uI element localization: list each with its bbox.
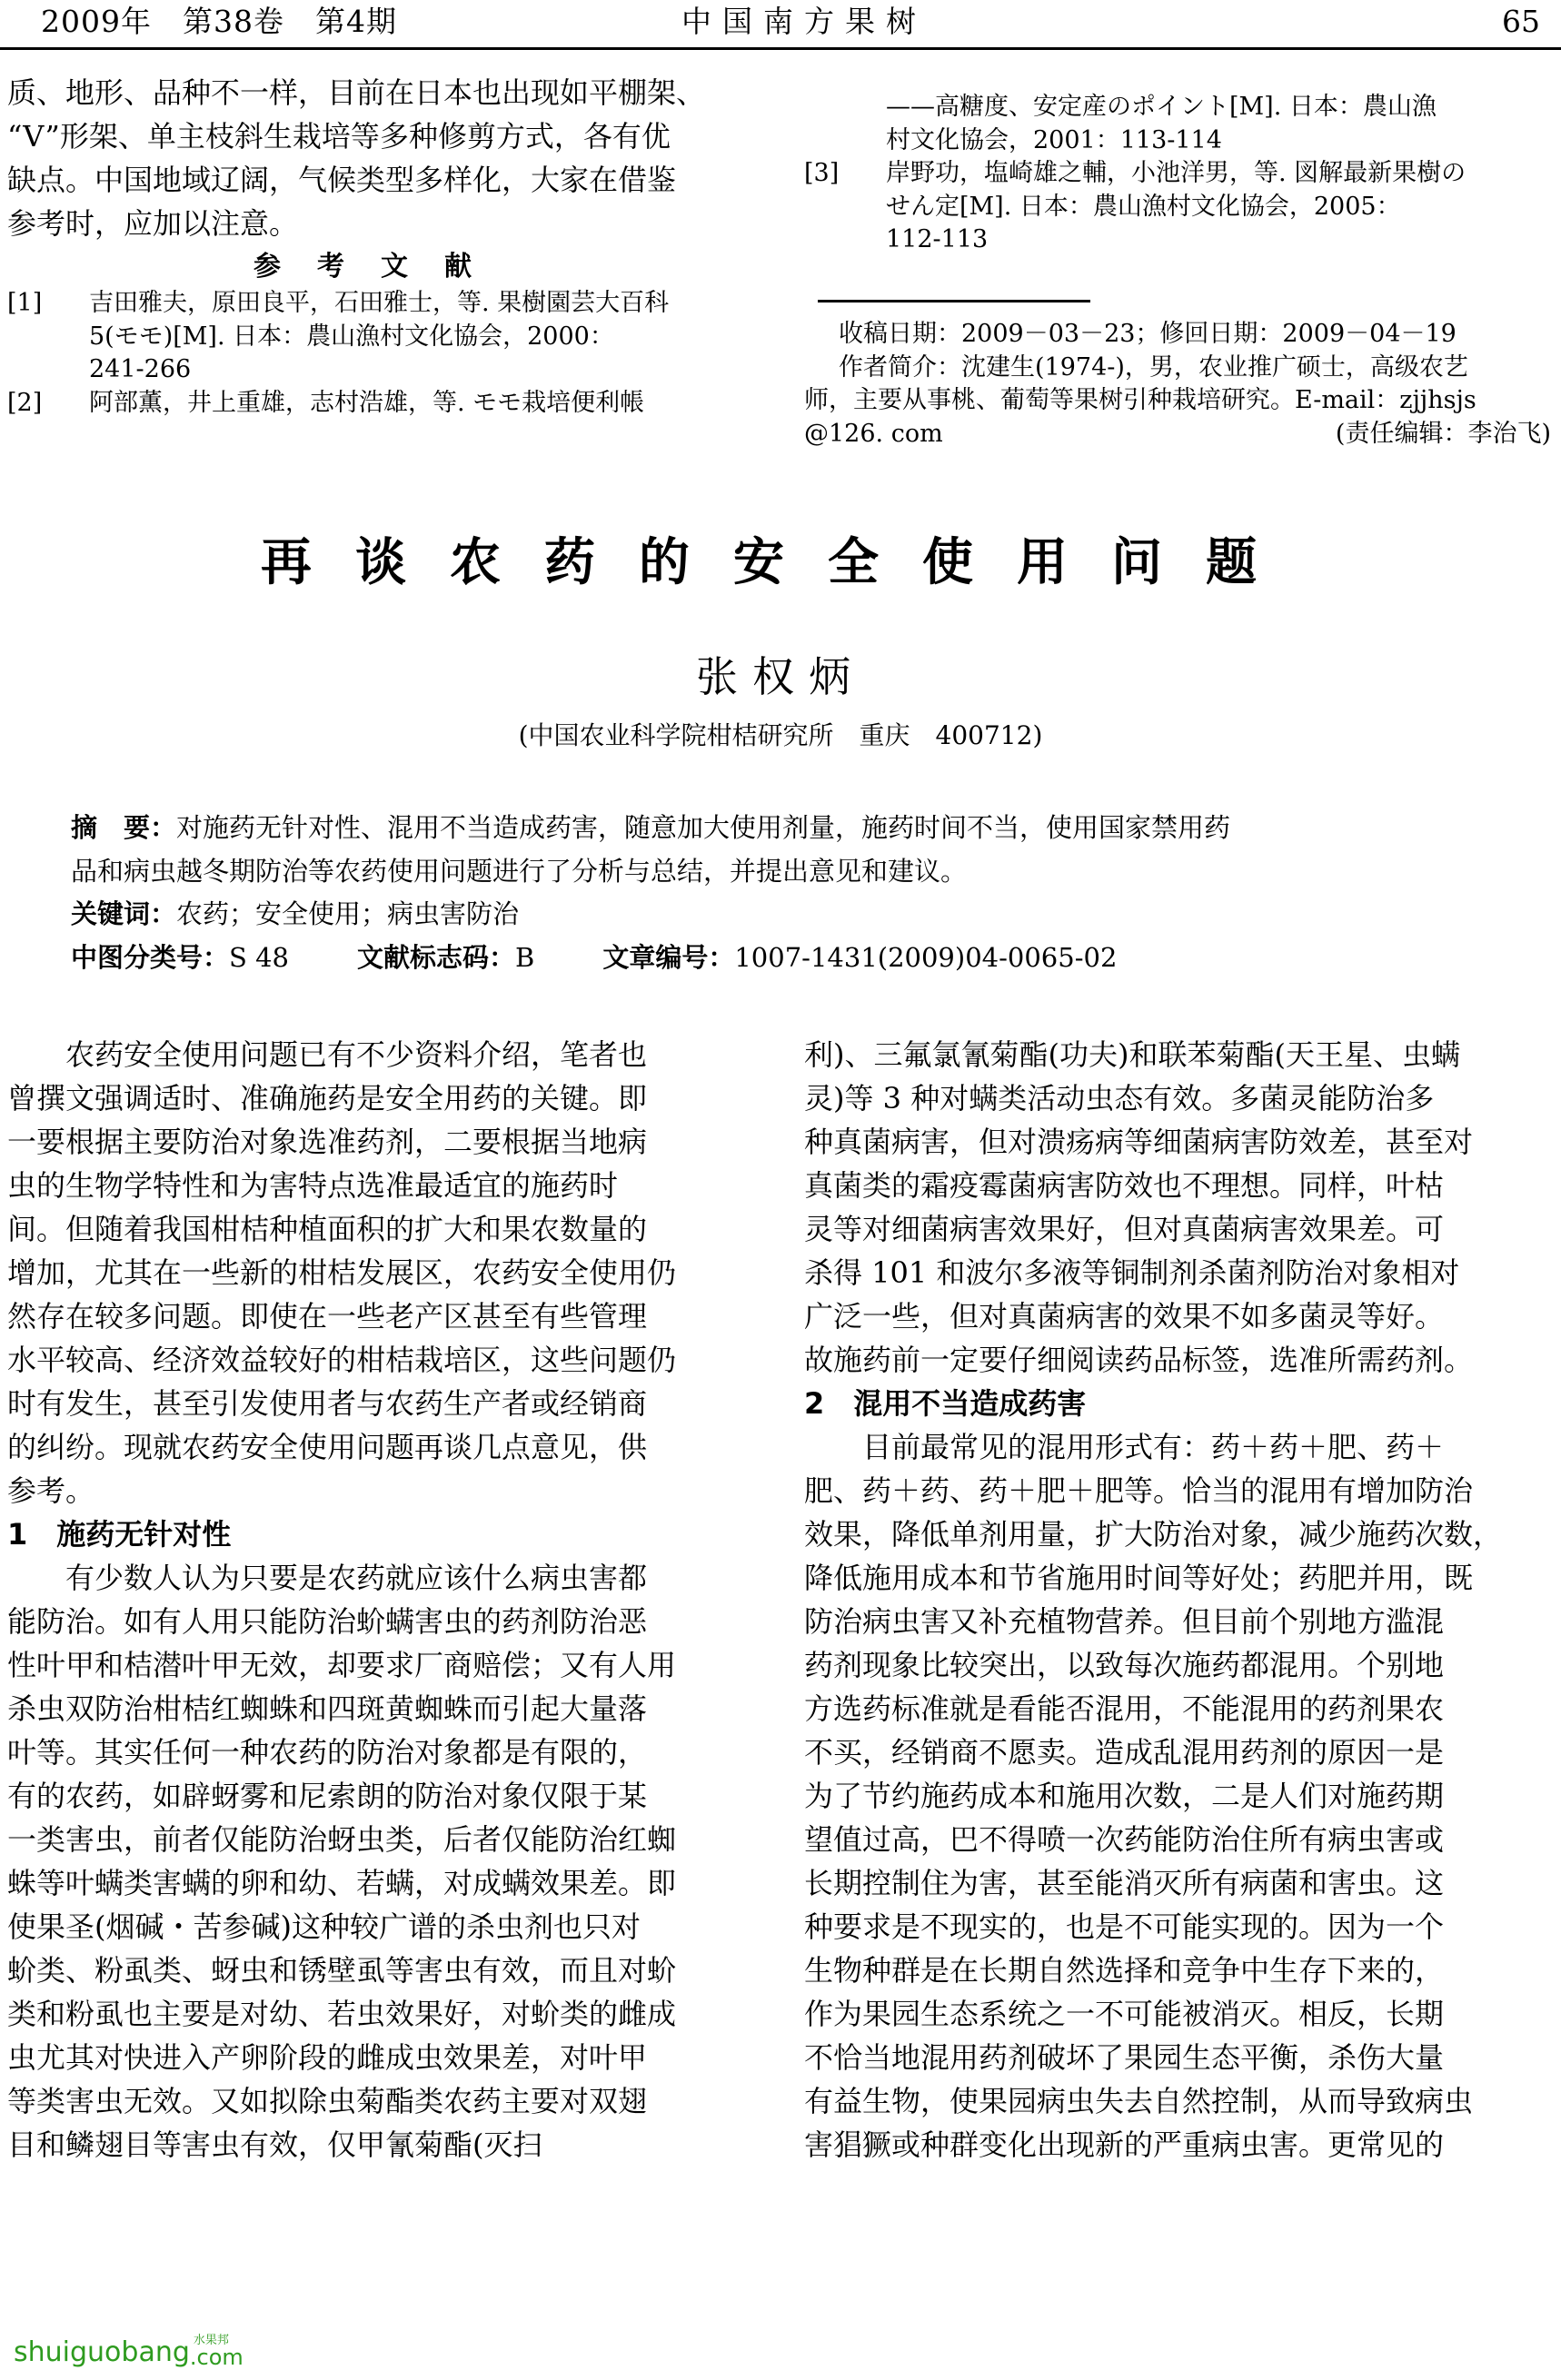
- body-line: 类和粉虱也主要是对幼、若虫效果好，对蚧类的雌成: [7, 1992, 754, 2036]
- reference-number: [1]: [7, 287, 42, 321]
- reference-list: [1] 吉田雅夫，原田良平，石田雅士，等. 果樹園芸大百科 5(モモ)[M]. …: [7, 287, 754, 420]
- journal-name: 中国南方果树: [681, 2, 927, 42]
- body-line: 性叶甲和桔潜叶甲无效，却要求厂商赔偿；又有人用: [7, 1643, 754, 1687]
- body-line: 时有发生，甚至引发使用者与农药生产者或经销商: [7, 1382, 754, 1425]
- body-line: 杀虫双防治柑桔红蜘蛛和四斑黄蜘蛛而引起大量落: [7, 1687, 754, 1730]
- body-line: 参考时，应加以注意。: [7, 202, 754, 245]
- body-line: 水平较高、经济效益较好的柑桔栽培区，这些问题仍: [7, 1338, 754, 1382]
- body-line: 的纠纷。现就农药安全使用问题再谈几点意见，供: [7, 1425, 754, 1469]
- body-line: “V”形架、单主枝斜生栽培等多种修剪方式，各有优: [7, 114, 754, 158]
- body-line: 生物种群是在长期自然选择和竞争中生存下来的，: [804, 1949, 1558, 1992]
- body-line: 故施药前一定要仔细阅读药品标签，选准所需药剂。: [804, 1338, 1558, 1382]
- body-line: 肥、药＋药、药＋肥＋肥等。恰当的混用有增加防治: [804, 1469, 1558, 1512]
- body-line: 间。但随着我国柑桔种植面积的扩大和果农数量的: [7, 1207, 754, 1251]
- keywords-text: 农药；安全使用；病虫害防治: [176, 898, 519, 929]
- body-line: 增加，尤其在一些新的柑桔发展区，农药安全使用仍: [7, 1251, 754, 1294]
- reference-line: 村文化協会，2001：113-114: [886, 124, 1558, 158]
- body-line: 有少数人认为只要是农药就应该什么病虫害都: [7, 1556, 754, 1600]
- body-line: 一要根据主要防治对象选准药剂，二要根据当地病: [7, 1120, 754, 1164]
- watermark-text: shuiguobang: [14, 2336, 190, 2368]
- section-heading-1: 1 施药无针对性: [7, 1512, 754, 1556]
- reference-number: [3]: [804, 157, 839, 191]
- body-line: 叶等。其实任何一种农药的防治对象都是有限的，: [7, 1730, 754, 1774]
- body-line: 为了节约施药成本和施用次数，二是人们对施药期: [804, 1774, 1558, 1818]
- clc-label: 中图分类号：: [71, 942, 229, 973]
- body-line: 目和鳞翅目等害虫有效，仅甲氰菊酯(灭扫: [7, 2123, 754, 2167]
- doc-code-value: B: [515, 942, 534, 973]
- responsible-editor: (责任编辑：李治飞): [1336, 418, 1551, 451]
- references-heading: 参考文献: [7, 247, 754, 287]
- body-line: 害猖獗或种群变化出现新的严重病虫害。更常见的: [804, 2123, 1558, 2167]
- body-line: 蚧类、粉虱类、蚜虫和锈壁虱等害虫有效，而且对蚧: [7, 1949, 754, 1992]
- left-column: 农药安全使用问题已有不少资料介绍，笔者也 曾撰文强调适时、准确施药是安全用药的关…: [7, 1033, 754, 2167]
- abstract: 摘 要：对施药无针对性、混用不当造成药害，随意加大使用剂量，施药时间不当，使用国…: [71, 807, 1488, 850]
- body-line: 防治病虫害又补充植物营养。但目前个别地方滥混: [804, 1600, 1558, 1643]
- received-date: 收稿日期：2009－03－23；修回日期：2009－04－19: [804, 318, 1551, 352]
- body-line: 虫尤其对快进入产卵阶段的雌成虫效果差，对叶甲: [7, 2036, 754, 2079]
- reference-line: 112-113: [886, 223, 1558, 257]
- body-line: 方选药标准就是看能否混用，不能混用的药剂果农: [804, 1687, 1558, 1730]
- page-number: 65: [1502, 2, 1540, 42]
- reference-line: 241-266: [89, 353, 754, 387]
- body-line: 曾撰文强调适时、准确施药是安全用药的关键。即: [7, 1076, 754, 1120]
- reference-item: [1] 吉田雅夫，原田良平，石田雅士，等. 果樹園芸大百科 5(モモ)[M]. …: [7, 287, 754, 387]
- abstract-text: 品和病虫越冬期防治等农药使用问题进行了分析与总结，并提出意见和建议。: [71, 850, 1488, 894]
- body-line: 质、地形、品种不一样，目前在日本也出现如平棚架、: [7, 71, 754, 114]
- section-heading-2: 2 混用不当造成药害: [804, 1382, 1558, 1425]
- classification-row: 中图分类号：S 48文献标志码：B文章编号：1007-1431(2009)04-…: [71, 937, 1488, 980]
- abstract-label: 摘 要：: [71, 812, 176, 843]
- body-line: 利)、三氟氯氰菊酯(功夫)和联苯菊酯(天王星、虫螨: [804, 1033, 1558, 1076]
- body-line: 等类害虫无效。又如拟除虫菊酯类农药主要对双翅: [7, 2079, 754, 2123]
- body-line: 灵等对细菌病害效果好，但对真菌病害效果差。可: [804, 1207, 1558, 1251]
- email-tail: @126. com: [804, 420, 943, 448]
- body-line: 农药安全使用问题已有不少资料介绍，笔者也: [7, 1033, 754, 1076]
- clc-value: S 48: [229, 942, 289, 973]
- reference-item: [2] 阿部薫，井上重雄，志村浩雄，等. モモ栽培便利帳: [7, 387, 754, 421]
- body-line: 效果，降低单剂用量，扩大防治对象，减少施药次数，: [804, 1512, 1558, 1556]
- running-header: 2009年 第38卷 第4期 中国南方果树 65: [41, 0, 1540, 47]
- body-line: 广泛一些，但对真菌病害的效果不如多菌灵等好。: [804, 1294, 1558, 1338]
- abstract-text: 对施药无针对性、混用不当造成药害，随意加大使用剂量，施药时间不当，使用国家禁用药: [176, 812, 1230, 843]
- watermark-domain: .com: [190, 2344, 244, 2371]
- body-line: 作为果园生态系统之一不可能被消灭。相反，长期: [804, 1992, 1558, 2036]
- article-title: 再谈农药的安全使用问题: [0, 527, 1561, 600]
- footnote: 收稿日期：2009－03－23；修回日期：2009－04－19 作者简介：沈建生…: [804, 318, 1551, 451]
- body-line: 有的农药，如辟蚜雾和尼索朗的防治对象仅限于某: [7, 1774, 754, 1818]
- issue-info: 2009年 第38卷 第4期: [41, 2, 397, 42]
- right-column: 利)、三氟氯氰菊酯(功夫)和联苯菊酯(天王星、虫螨 灵)等 3 种对螨类活动虫态…: [804, 1033, 1558, 2167]
- body-line: 种真菌病害，但对溃疡病等细菌病害防效差，甚至对: [804, 1120, 1558, 1164]
- reference-line: 阿部薫，井上重雄，志村浩雄，等. モモ栽培便利帳: [89, 387, 754, 421]
- body-line: 然存在较多问题。即使在一些老产区甚至有些管理: [7, 1294, 754, 1338]
- article-author: 张权炳: [0, 650, 1561, 704]
- body-line: 药剂现象比较突出，以致每次施药都混用。个别地: [804, 1643, 1558, 1687]
- body-line: 能防治。如有人用只能防治蚧螨害虫的药剂防治恶: [7, 1600, 754, 1643]
- body-line: 目前最常见的混用形式有：药＋药＋肥、药＋: [804, 1425, 1558, 1469]
- body-line: 长期控制住为害，甚至能消灭所有病菌和害虫。这: [804, 1861, 1558, 1905]
- reference-number: [2]: [7, 387, 42, 421]
- reference-line: ——高糖度、安定産のポイント[M]. 日本：農山漁: [886, 91, 1558, 124]
- body-line: 种要求是不现实的，也是不可能实现的。因为一个: [804, 1905, 1558, 1949]
- footnote-rule: [818, 300, 1090, 302]
- body-line: 虫的生物学特性和为害特点选准最适宜的施药时: [7, 1164, 754, 1207]
- body-line: 不恰当地混用药剂破坏了果园生态平衡，杀伤大量: [804, 2036, 1558, 2079]
- body-line: 杀得 101 和波尔多液等铜制剂杀菌剂防治对象相对: [804, 1251, 1558, 1294]
- prev-article-left: 质、地形、品种不一样，目前在日本也出现如平棚架、 “V”形架、单主枝斜生栽培等多…: [7, 71, 754, 420]
- body-line: 真菌类的霜疫霉菌病害防效也不理想。同样，叶枯: [804, 1164, 1558, 1207]
- abstract-block: 摘 要：对施药无针对性、混用不当造成药害，随意加大使用剂量，施药时间不当，使用国…: [71, 807, 1488, 979]
- article-no-value: 1007-1431(2009)04-0065-02: [734, 942, 1117, 973]
- body-line: 灵)等 3 种对螨类活动虫态有效。多菌灵能防治多: [804, 1076, 1558, 1120]
- keywords: 关键词：农药；安全使用；病虫害防治: [71, 893, 1488, 937]
- body-line: 降低施用成本和节省施用时间等好处；药肥并用，既: [804, 1556, 1558, 1600]
- author-affiliation: (中国农业科学院柑桔研究所 重庆 400712): [0, 718, 1561, 754]
- body-line: 缺点。中国地域辽阔，气候类型多样化，大家在借鉴: [7, 158, 754, 202]
- reference-line: 吉田雅夫，原田良平，石田雅士，等. 果樹園芸大百科: [89, 287, 754, 321]
- article-no-label: 文章编号：: [602, 942, 734, 973]
- body-line: 蛛等叶螨类害螨的卵和幼、若螨，对成螨效果差。即: [7, 1861, 754, 1905]
- body-line: 参考。: [7, 1469, 754, 1512]
- body-line: 一类害虫，前者仅能防治蚜虫类，后者仅能防治红蜘: [7, 1818, 754, 1861]
- doc-code-label: 文献标志码：: [357, 942, 515, 973]
- reference-item: [3] 岸野功，塩崎雄之輔，小池洋男，等. 図解最新果樹の せん定[M]. 日本…: [804, 157, 1558, 257]
- reference-line: 岸野功，塩崎雄之輔，小池洋男，等. 図解最新果樹の: [886, 157, 1558, 191]
- reference-line: せん定[M]. 日本：農山漁村文化協会，2005：: [886, 191, 1558, 224]
- body-line: 望值过高，巴不得喷一次药能防治住所有病虫害或: [804, 1818, 1558, 1861]
- body-line: 不买，经销商不愿卖。造成乱混用药剂的原因一是: [804, 1730, 1558, 1774]
- body-line: 有益生物，使果园病虫失去自然控制，从而导致病虫: [804, 2079, 1558, 2123]
- author-bio: @126. com (责任编辑：李治飞): [804, 418, 1551, 451]
- reference-item-continued: ——高糖度、安定産のポイント[M]. 日本：農山漁 村文化協会，2001：113…: [804, 91, 1558, 157]
- header-rule: [0, 47, 1561, 50]
- author-bio: 作者简介：沈建生(1974-)，男，农业推广硕士，高级农艺: [804, 352, 1551, 385]
- prev-article-right: ——高糖度、安定産のポイント[M]. 日本：農山漁 村文化協会，2001：113…: [804, 91, 1558, 257]
- site-watermark: shuiguobang水果邦.com: [14, 2335, 250, 2371]
- body-line: 使果圣(烟碱・苦参碱)这种较广谱的杀虫剂也只对: [7, 1905, 754, 1949]
- author-bio: 师，主要从事桃、葡萄等果树引种栽培研究。E-mail：zjjhsjs: [804, 384, 1551, 418]
- keywords-label: 关键词：: [71, 898, 176, 929]
- reference-line: 5(モモ)[M]. 日本：農山漁村文化協会，2000：: [89, 321, 754, 354]
